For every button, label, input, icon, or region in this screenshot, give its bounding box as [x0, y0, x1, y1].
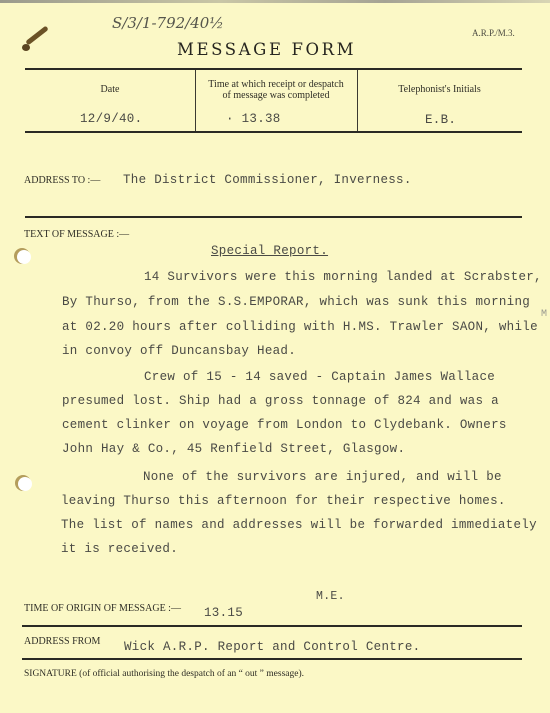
address-from-rule: [22, 658, 522, 660]
address-to-value: The District Commissioner, Inverness.: [123, 173, 412, 187]
message-form-page: S/3/1-792/40½ A.R.P./M.3. MESSAGE FORM D…: [0, 0, 550, 713]
message-line-9: None of the survivors are injured, and w…: [143, 470, 502, 484]
form-code: A.R.P./M.3.: [472, 28, 515, 38]
time-completed-label-line1: Time at which receipt or despatch: [195, 79, 357, 90]
paper-top-edge: [0, 0, 550, 3]
signature-label: SIGNATURE (of official authorising the d…: [24, 669, 304, 679]
address-to-rule: [25, 216, 522, 218]
rusted-pin-head: [22, 44, 30, 51]
telephonist-initials-value: E.B.: [425, 113, 456, 127]
telephonist-initials-label: Telephonist's Initials: [357, 84, 522, 95]
message-line-2: By Thurso, from the S.S.EMPORAR, which w…: [62, 295, 530, 309]
origin-initials: M.E.: [316, 590, 345, 603]
message-line-10: leaving Thurso this afternoon for their …: [61, 494, 506, 508]
message-line-1: 14 Survivors were this morning landed at…: [144, 270, 542, 284]
time-completed-label-line2: of message was completed: [195, 90, 357, 101]
header-top-rule: [25, 68, 522, 70]
message-line-4: in convoy off Duncansbay Head.: [62, 344, 296, 358]
header-bottom-rule: [25, 131, 522, 133]
address-to-label: ADDRESS TO :—: [24, 175, 100, 186]
date-value: 12/9/40.: [80, 112, 142, 126]
message-line-11: The list of names and addresses will be …: [61, 518, 537, 532]
punch-hole-lower: [18, 477, 32, 491]
text-of-message-label: TEXT OF MESSAGE :—: [24, 229, 129, 240]
margin-mark: M: [541, 309, 547, 320]
message-line-7: cement clinker on voyage from London to …: [62, 418, 507, 432]
header-divider-2: [357, 70, 358, 132]
address-from-label: ADDRESS FROM: [24, 636, 100, 647]
form-title: MESSAGE FORM: [177, 40, 356, 59]
message-line-12: it is received.: [61, 542, 178, 556]
time-of-origin-value: 13.15: [204, 606, 243, 620]
message-line-6: presumed lost. Ship had a gross tonnage …: [62, 394, 499, 408]
special-report-heading: Special Report.: [211, 244, 328, 258]
punch-hole-upper: [17, 250, 31, 264]
time-of-origin-label: TIME OF ORIGIN OF MESSAGE :—: [24, 603, 181, 614]
address-from-value: Wick A.R.P. Report and Control Centre.: [124, 640, 420, 654]
rusted-pin-mark: [25, 26, 49, 46]
message-line-3: at 02.20 hours after colliding with H.MS…: [62, 320, 538, 334]
message-line-5: Crew of 15 - 14 saved - Captain James Wa…: [144, 370, 495, 384]
file-reference: S/3/1-792/40½: [112, 14, 224, 32]
time-completed-value: · 13.38: [226, 112, 281, 126]
time-completed-label: Time at which receipt or despatch of mes…: [195, 79, 357, 101]
message-line-8: John Hay & Co., 45 Renfield Street, Glas…: [62, 442, 405, 456]
time-of-origin-rule: [22, 625, 522, 627]
date-label: Date: [25, 84, 195, 95]
